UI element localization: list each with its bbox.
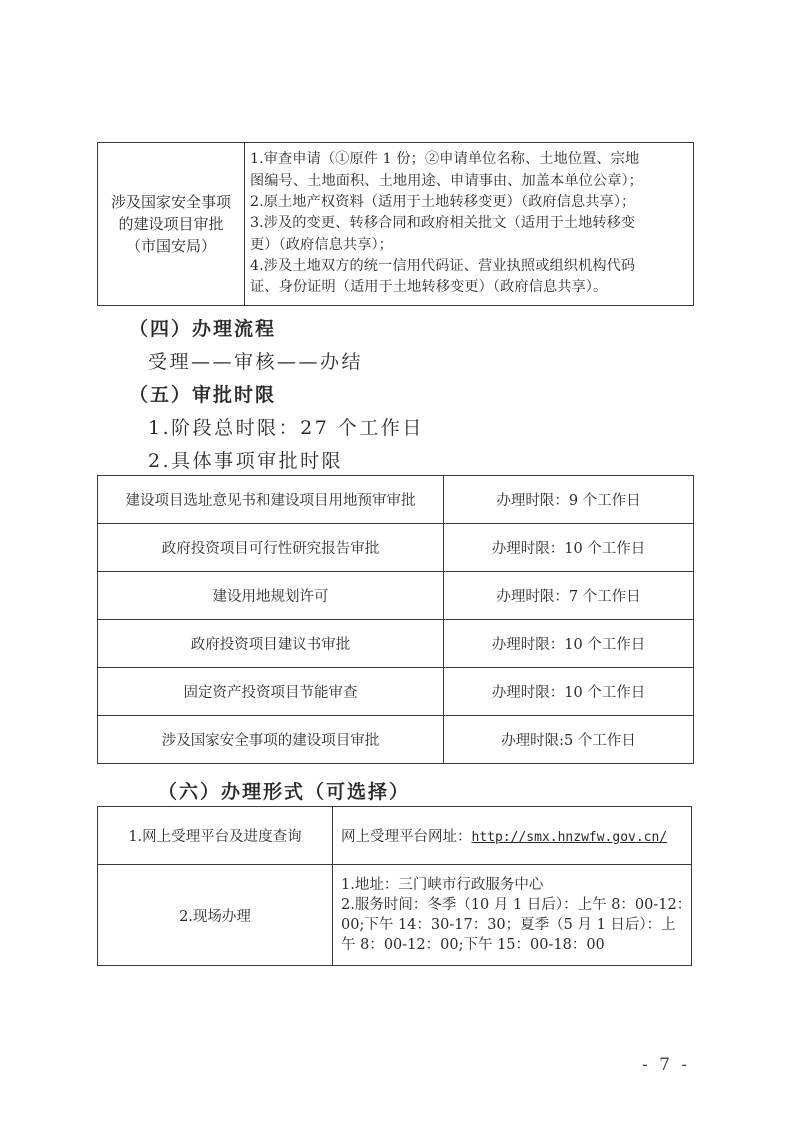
limit-cell: 办理时限：9 个工作日: [444, 476, 694, 524]
item-cell: 涉及国家安全事项的建设项目审批: [98, 716, 444, 764]
limit-cell: 办理时限：10 个工作日: [444, 524, 694, 572]
process-flow: 受理——审核——办结: [148, 347, 363, 374]
item-cell: 政府投资项目建议书审批: [98, 620, 444, 668]
specific-limits-heading: 2.具体事项审批时限: [148, 446, 343, 473]
time-limit-table: 建设项目选址意见书和建设项目用地预审审批 办理时限：9 个工作日 政府投资项目可…: [97, 475, 694, 764]
page-number: - 7 -: [642, 1055, 690, 1075]
security-review-table: 涉及国家安全事项 的建设项目审批 （市国安局） 1.审查申请（①原件 1 份；②…: [97, 142, 694, 306]
limit-cell: 办理时限:5 个工作日: [444, 716, 694, 764]
onsite-line: 午 8：00-12：00;下午 15：00-18：00: [341, 935, 691, 955]
item-cell: 建设用地规划许可: [98, 572, 444, 620]
online-label-cell: 1.网上受理平台及进度查询: [98, 807, 333, 865]
item-cell: 建设项目选址意见书和建设项目用地预审审批: [98, 476, 444, 524]
onsite-label-cell: 2.现场办理: [98, 865, 333, 966]
table-row: 政府投资项目可行性研究报告审批 办理时限：10 个工作日: [98, 524, 694, 572]
platform-url-link[interactable]: http://smx.hnzwfw.gov.cn/: [472, 830, 668, 845]
material-line: 3.涉及的变更、转移合同和政府相关批文（适用于土地转移变: [250, 213, 690, 234]
material-line: 2.原土地产权资料（适用于土地转移变更）（政府信息共享）；: [250, 192, 690, 213]
material-line: 图编号、土地面积、土地用途、申请事由、加盖本单位公章）；: [250, 171, 690, 192]
table-row: 2.现场办理 1.地址：三门峡市行政服务中心 2.服务时间：冬季（10 月 1 …: [98, 865, 692, 966]
material-line: 4.涉及土地双方的统一信用代码证、营业执照或组织机构代码: [250, 256, 690, 277]
item-cell: 涉及国家安全事项 的建设项目审批 （市国安局）: [98, 143, 245, 306]
material-line: 1.审查申请（①原件 1 份；②申请单位名称、土地位置、宗地: [250, 149, 690, 170]
material-line: 证、身份证明（适用于土地转移变更）（政府信息共享）。: [250, 277, 690, 298]
item-line: 的建设项目审批: [98, 213, 244, 235]
limit-cell: 办理时限：10 个工作日: [444, 620, 694, 668]
table-row: 建设项目选址意见书和建设项目用地预审审批 办理时限：9 个工作日: [98, 476, 694, 524]
section4-heading: （四）办理流程: [129, 314, 276, 341]
total-time-limit: 1.阶段总时限：27 个工作日: [148, 413, 424, 440]
item-cell: 政府投资项目可行性研究报告审批: [98, 524, 444, 572]
table-row: 固定资产投资项目节能审查 办理时限：10 个工作日: [98, 668, 694, 716]
onsite-info-cell: 1.地址：三门峡市行政服务中心 2.服务时间：冬季（10 月 1 日后）：上午 …: [333, 865, 692, 966]
table-row: 建设用地规划许可 办理时限：7 个工作日: [98, 572, 694, 620]
section6-heading: （六）办理形式（可选择）: [158, 777, 410, 804]
table-row: 涉及国家安全事项 的建设项目审批 （市国安局） 1.审查申请（①原件 1 份；②…: [98, 143, 694, 306]
item-cell: 固定资产投资项目节能审查: [98, 668, 444, 716]
item-line: 涉及国家安全事项: [98, 191, 244, 213]
table-row: 1.网上受理平台及进度查询 网上受理平台网址：http://smx.hnzwfw…: [98, 807, 692, 865]
onsite-line: 00;下午 14：30-17：30；夏季（5 月 1 日后）：上: [341, 915, 691, 935]
material-line: 更）（政府信息共享）；: [250, 235, 690, 256]
section5-heading: （五）审批时限: [129, 380, 276, 407]
service-form-table: 1.网上受理平台及进度查询 网上受理平台网址：http://smx.hnzwfw…: [97, 806, 692, 966]
item-line: （市国安局）: [98, 235, 244, 257]
online-url-cell: 网上受理平台网址：http://smx.hnzwfw.gov.cn/: [333, 807, 692, 865]
onsite-line: 1.地址：三门峡市行政服务中心: [341, 875, 691, 895]
materials-cell: 1.审查申请（①原件 1 份；②申请单位名称、土地位置、宗地 图编号、土地面积、…: [245, 143, 694, 306]
table-row: 涉及国家安全事项的建设项目审批 办理时限:5 个工作日: [98, 716, 694, 764]
limit-cell: 办理时限：7 个工作日: [444, 572, 694, 620]
onsite-line: 2.服务时间：冬季（10 月 1 日后）：上午 8：00-12：: [341, 895, 691, 915]
table-row: 政府投资项目建议书审批 办理时限：10 个工作日: [98, 620, 694, 668]
url-prefix: 网上受理平台网址：: [341, 829, 472, 845]
limit-cell: 办理时限：10 个工作日: [444, 668, 694, 716]
